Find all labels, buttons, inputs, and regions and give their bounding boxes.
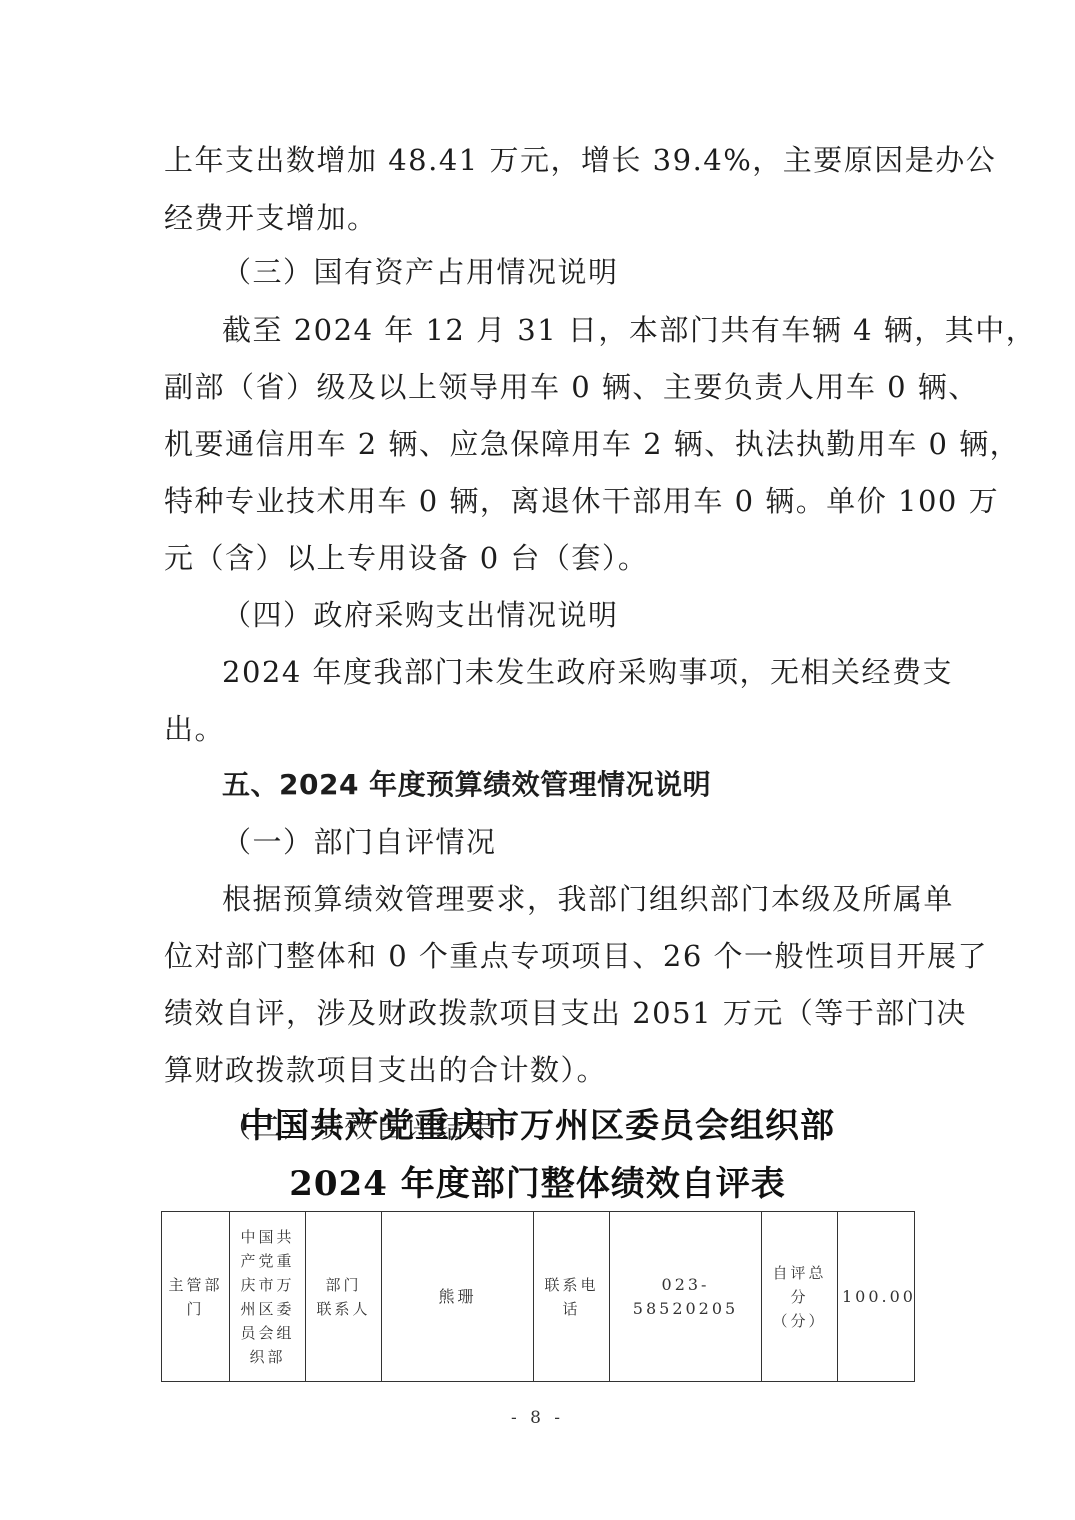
table-row: 主管部 门 中国共 产党重 庆市万 州区委 员会组 织部 部门 联系人 熊珊 联… bbox=[162, 1212, 915, 1382]
dept-label: 门 bbox=[166, 1297, 225, 1321]
body-text-line: 位对部门整体和 0 个重点专项项目、26 个一般性项目开展了 bbox=[164, 938, 916, 974]
dept-value-line: 织部 bbox=[234, 1345, 301, 1369]
body-text-line: 截至 2024 年 12 月 31 日，本部门共有车辆 4 辆，其中， bbox=[222, 312, 916, 348]
dept-value-line: 产党重 bbox=[234, 1249, 301, 1273]
score-label: 分 bbox=[766, 1285, 833, 1309]
score-label: （分） bbox=[766, 1309, 833, 1333]
contact-label: 联系人 bbox=[310, 1297, 377, 1321]
section-heading-4: （四）政府采购支出情况说明 bbox=[222, 597, 916, 633]
contact-value-cell: 熊珊 bbox=[382, 1212, 534, 1382]
contact-value: 熊珊 bbox=[438, 1287, 476, 1306]
body-text-line: 上年支出数增加 48.41 万元，增长 39.4%，主要原因是办公 bbox=[164, 142, 916, 178]
score-value-cell: 100.00 bbox=[838, 1212, 915, 1382]
table-title-year: 2024 年度部门整体绩效自评表 bbox=[0, 1162, 1075, 1206]
score-value: 100.00 bbox=[842, 1287, 916, 1306]
contact-label: 部门 bbox=[310, 1273, 377, 1297]
dept-value-cell: 中国共 产党重 庆市万 州区委 员会组 织部 bbox=[230, 1212, 306, 1382]
phone-label: 话 bbox=[538, 1297, 605, 1321]
document-page: 上年支出数增加 48.41 万元，增长 39.4%，主要原因是办公 经费开支增加… bbox=[0, 0, 1075, 1520]
table-title-org: 中国共产党重庆市万州区委员会组织部 bbox=[0, 1104, 1075, 1148]
score-label: 自评总 bbox=[766, 1261, 833, 1285]
dept-value-line: 庆市万 bbox=[234, 1273, 301, 1297]
score-label-cell: 自评总 分 （分） bbox=[762, 1212, 838, 1382]
body-text-line: 绩效自评，涉及财政拨款项目支出 2051 万元（等于部门决 bbox=[164, 995, 916, 1031]
body-text-line: 出。 bbox=[164, 711, 916, 747]
dept-value-line: 中国共 bbox=[234, 1225, 301, 1249]
body-text-line: 元（含）以上专用设备 0 台（套）。 bbox=[164, 540, 916, 576]
dept-label-cell: 主管部 门 bbox=[162, 1212, 230, 1382]
body-text-line: 2024 年度我部门未发生政府采购事项，无相关经费支 bbox=[222, 654, 916, 690]
phone-label: 联系电 bbox=[538, 1273, 605, 1297]
dept-label: 主管部 bbox=[166, 1273, 225, 1297]
section-heading-3: （三）国有资产占用情况说明 bbox=[222, 254, 916, 290]
body-text-line: 算财政拨款项目支出的合计数）。 bbox=[164, 1052, 916, 1088]
self-evaluation-table: 主管部 门 中国共 产党重 庆市万 州区委 员会组 织部 部门 联系人 熊珊 联… bbox=[161, 1211, 915, 1382]
subsection-heading-self-eval: （一）部门自评情况 bbox=[222, 824, 916, 860]
dept-value-line: 州区委 bbox=[234, 1297, 301, 1321]
body-text-line: 经费开支增加。 bbox=[164, 200, 916, 236]
body-text-line: 机要通信用车 2 辆、应急保障用车 2 辆、执法执勤用车 0 辆， bbox=[164, 426, 916, 462]
phone-value-cell: 023-58520205 bbox=[610, 1212, 762, 1382]
body-text-line: 根据预算绩效管理要求，我部门组织部门本级及所属单 bbox=[222, 881, 916, 917]
dept-value-line: 员会组 bbox=[234, 1321, 301, 1345]
phone-label-cell: 联系电 话 bbox=[534, 1212, 610, 1382]
body-text-line: 副部（省）级及以上领导用车 0 辆、主要负责人用车 0 辆、 bbox=[164, 369, 916, 405]
body-text-line: 特种专业技术用车 0 辆，离退休干部用车 0 辆。单价 100 万 bbox=[164, 483, 916, 519]
phone-value: 023-58520205 bbox=[633, 1275, 738, 1318]
section-heading-5: 五、2024 年度预算绩效管理情况说明 bbox=[222, 767, 916, 803]
page-number: - 8 - bbox=[0, 1408, 1075, 1428]
contact-label-cell: 部门 联系人 bbox=[306, 1212, 382, 1382]
